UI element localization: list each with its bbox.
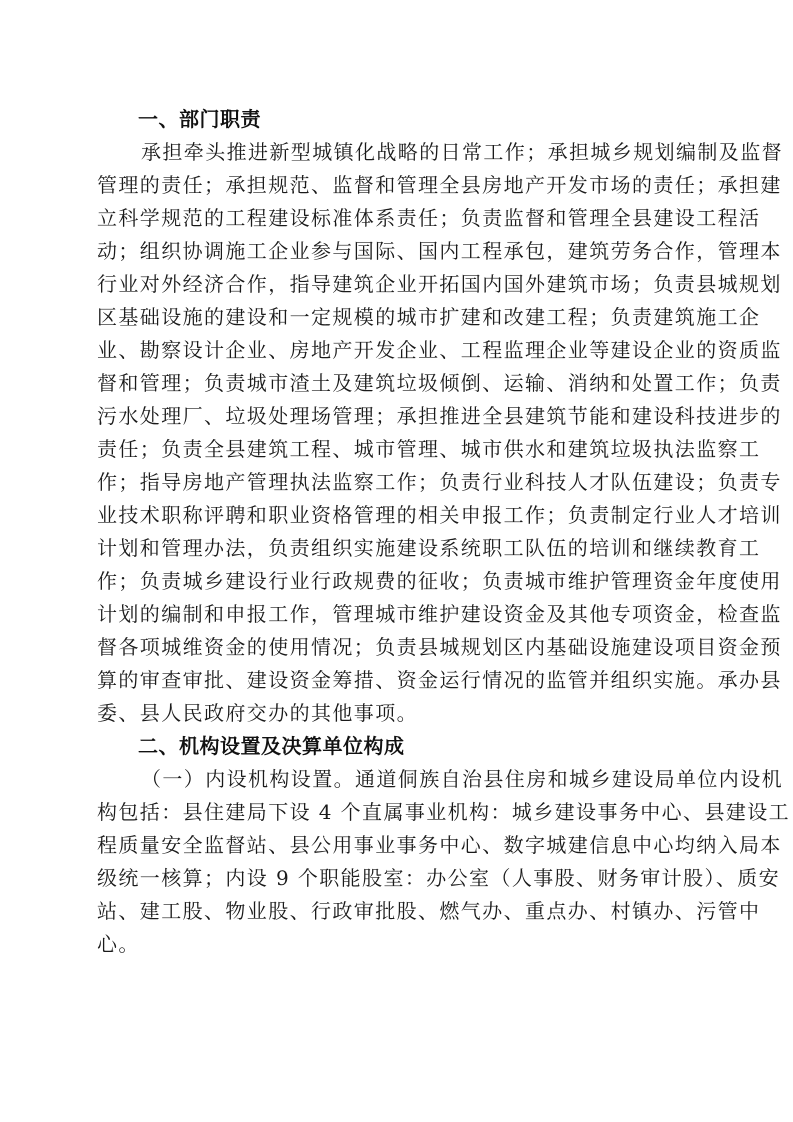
paragraph-line: 承担牵头推进新型城镇化战略的日常工作；承担城乡规划编制及监督 xyxy=(97,136,699,169)
paragraph-line: 业、勘察设计企业、房地产开发企业、工程监理企业等建设企业的资质监 xyxy=(97,334,699,367)
paragraph-line: 区基础设施的建设和一定规模的城市扩建和改建工程；负责建筑施工企 xyxy=(97,301,699,334)
paragraph-line: 委、县人民政府交办的其他事项。 xyxy=(97,697,699,730)
paragraph-line: 责任；负责全县建筑工程、城市管理、城市供水和建筑垃圾执法监察工 xyxy=(97,433,699,466)
organization-paragraph: （一）内设机构设置。通道侗族自治县住房和城乡建设局单位内设机 构包括：县住建局下… xyxy=(97,763,699,961)
paragraph-line: 动；组织协调施工企业参与国际、国内工程承包，建筑劳务合作，管理本 xyxy=(97,235,699,268)
paragraph-line: 算的审查审批、建设资金筹措、资金运行情况的监管并组织实施。承办县 xyxy=(97,664,699,697)
paragraph-line: 污水处理厂、垃圾处理场管理；承担推进全县建筑节能和建设科技进步的 xyxy=(97,400,699,433)
paragraph-line: 心。 xyxy=(97,928,699,961)
paragraph-line: 作；负责城乡建设行业行政规费的征收；负责城市维护管理资金年度使用 xyxy=(97,565,699,598)
paragraph-line: 管理的责任；承担规范、监督和管理全县房地产开发市场的责任；承担建 xyxy=(97,169,699,202)
paragraph-line: 站、建工股、物业股、行政审批股、燃气办、重点办、村镇办、污管中 xyxy=(97,895,699,928)
paragraph-line: 计划和管理办法，负责组织实施建设系统职工队伍的培训和继续教育工 xyxy=(97,532,699,565)
paragraph-line: 程质量安全监督站、县公用事业事务中心、数字城建信息中心均纳入局本 xyxy=(97,829,699,862)
paragraph-line: （一）内设机构设置。通道侗族自治县住房和城乡建设局单位内设机 xyxy=(97,763,699,796)
document-page: 一、部门职责 承担牵头推进新型城镇化战略的日常工作；承担城乡规划编制及监督 管理… xyxy=(97,103,699,961)
paragraph-line: 立科学规范的工程建设标准体系责任；负责监督和管理全县建设工程活 xyxy=(97,202,699,235)
duties-paragraph: 承担牵头推进新型城镇化战略的日常工作；承担城乡规划编制及监督 管理的责任；承担规… xyxy=(97,136,699,730)
paragraph-line: 作；指导房地产管理执法监察工作；负责行业科技人才队伍建设；负责专 xyxy=(97,466,699,499)
paragraph-line: 督各项城维资金的使用情况；负责县城规划区内基础设施建设项目资金预 xyxy=(97,631,699,664)
section-heading-organization: 二、机构设置及决算单位构成 xyxy=(97,730,699,763)
paragraph-line: 行业对外经济合作，指导建筑企业开拓国内国外建筑市场；负责县城规划 xyxy=(97,268,699,301)
paragraph-line: 业技术职称评聘和职业资格管理的相关申报工作；负责制定行业人才培训 xyxy=(97,499,699,532)
paragraph-line: 计划的编制和申报工作，管理城市维护建设资金及其他专项资金，检查监 xyxy=(97,598,699,631)
section-heading-department-duties: 一、部门职责 xyxy=(97,103,699,136)
paragraph-line: 级统一核算；内设 9 个职能股室：办公室（人事股、财务审计股）、质安 xyxy=(97,862,699,895)
paragraph-line: 督和管理；负责城市渣土及建筑垃圾倾倒、运输、消纳和处置工作；负责 xyxy=(97,367,699,400)
paragraph-line: 构包括：县住建局下设 4 个直属事业机构：城乡建设事务中心、县建设工 xyxy=(97,796,699,829)
